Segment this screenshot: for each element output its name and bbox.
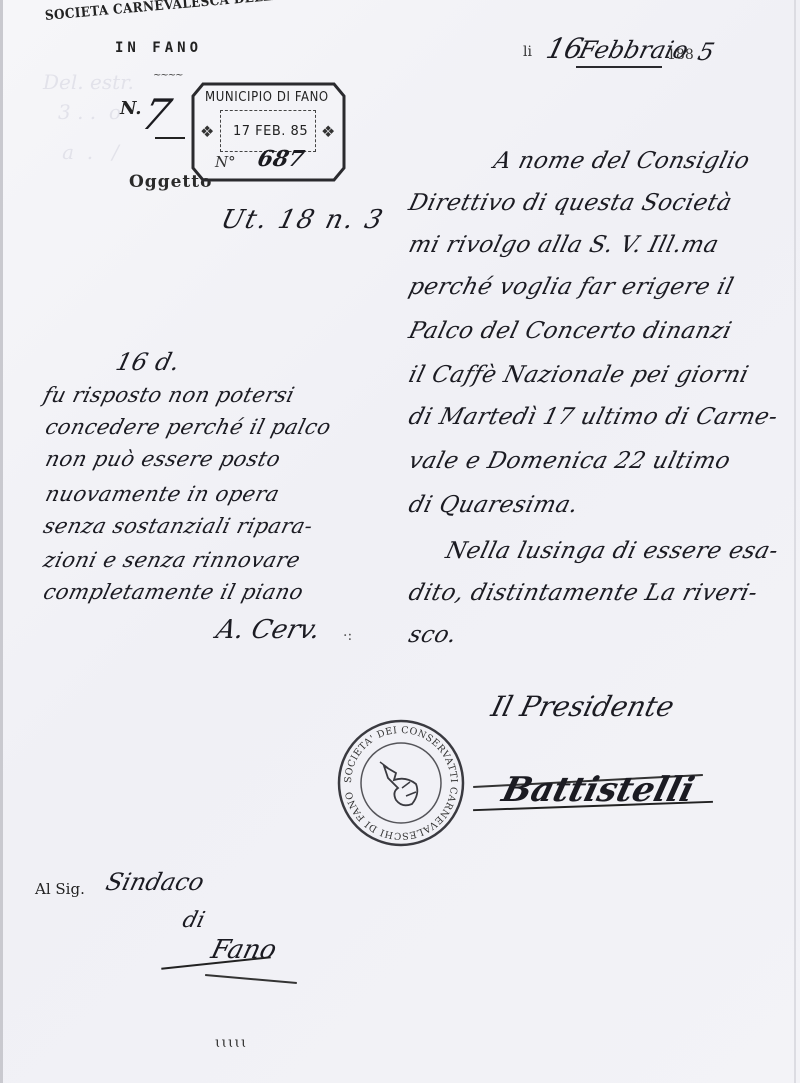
letter-line: il Caffè Nazionale pei giorni	[406, 362, 751, 388]
stamp-date: 17 FEB. 85	[233, 124, 308, 139]
margin-note-line: concedere perché il palco	[43, 415, 334, 439]
margin-note-date: 16 d.	[113, 348, 183, 376]
stamp-number-label: N°	[215, 153, 236, 171]
date-year-handwritten: 5	[695, 38, 717, 66]
date-underline	[576, 66, 662, 68]
margin-note-line: completamente il piano	[41, 580, 306, 604]
letter-line: di Quaresima.	[406, 492, 581, 518]
margin-note-initials: A. Cerv.	[213, 615, 323, 645]
date-year-printed: 188	[667, 47, 694, 63]
margin-dots: ·:	[343, 628, 352, 644]
bleed-through-text: Del. estr.	[43, 70, 134, 94]
bleed-through-text: 3 . . o	[58, 100, 121, 124]
bleed-through-text: a . /	[43, 140, 119, 164]
letter-line: vale e Domenica 22 ultimo	[406, 448, 733, 474]
address-label: Al Sig.	[35, 880, 85, 898]
margin-note-line: non può essere posto	[43, 447, 283, 471]
subject-label: Oggetto	[129, 172, 212, 192]
letter-line: perché voglia far erigere il	[406, 274, 736, 300]
letterhead-city: IN FANO	[115, 40, 202, 56]
address-flourish	[205, 974, 297, 984]
margin-note-line: senza sostanziali ripara-	[41, 514, 315, 538]
letter-line: dito, distintamente La riveri-	[406, 580, 760, 606]
seal-emblem-icon	[384, 766, 417, 805]
reference-code: Ut. 18 n. 3	[218, 205, 388, 235]
date-prefix: li	[523, 44, 532, 60]
letter-line: A nome del Consiglio	[491, 148, 752, 174]
address-preposition: di	[180, 908, 207, 933]
letterhead-society: SOCIETA CARNEVALESCA DELLA FORTUNA	[44, 0, 357, 24]
margin-note-line: zioni e senza rinnovare	[41, 548, 303, 572]
stamp-ornament-icon: ❖	[200, 122, 214, 141]
society-seal: SOCIETA' DEI CONSERVATTI CARNEVALESCHI D…	[336, 718, 466, 848]
letter-line: sco.	[406, 622, 460, 648]
address-recipient: Sindaco	[103, 868, 207, 896]
letter-line: Direttivo di questa Società	[406, 190, 735, 216]
stamp-ornament-icon: ❖	[321, 122, 335, 141]
protocol-number-value: 7	[136, 90, 176, 139]
stamp-title: MUNICIPIO DI FANO	[205, 90, 329, 105]
bottom-mark: ɩɩɩɩɩ	[215, 1035, 247, 1051]
letter-line: di Martedì 17 ultimo di Carne-	[406, 404, 781, 430]
margin-note-line: nuovamente in opera	[43, 482, 282, 506]
letter-line: Palco del Concerto dinanzi	[406, 318, 734, 344]
letter-line: Nella lusinga di essere esa-	[443, 538, 781, 564]
page-edge	[794, 0, 796, 1083]
protocol-number-dash	[155, 137, 185, 139]
document-page: Del. estr. 3 . . o a . / SOCIETA CARNEVA…	[0, 0, 800, 1083]
signature-title: Il Presidente	[488, 690, 678, 723]
stamp-number-value: 687	[255, 146, 306, 172]
letter-line: mi rivolgo alla S. V. Ill.ma	[406, 232, 721, 258]
letterhead-ornament: ~~~~	[153, 70, 183, 81]
protocol-number-label: N.	[120, 98, 142, 119]
margin-note-line: fu risposto non potersi	[41, 383, 297, 407]
